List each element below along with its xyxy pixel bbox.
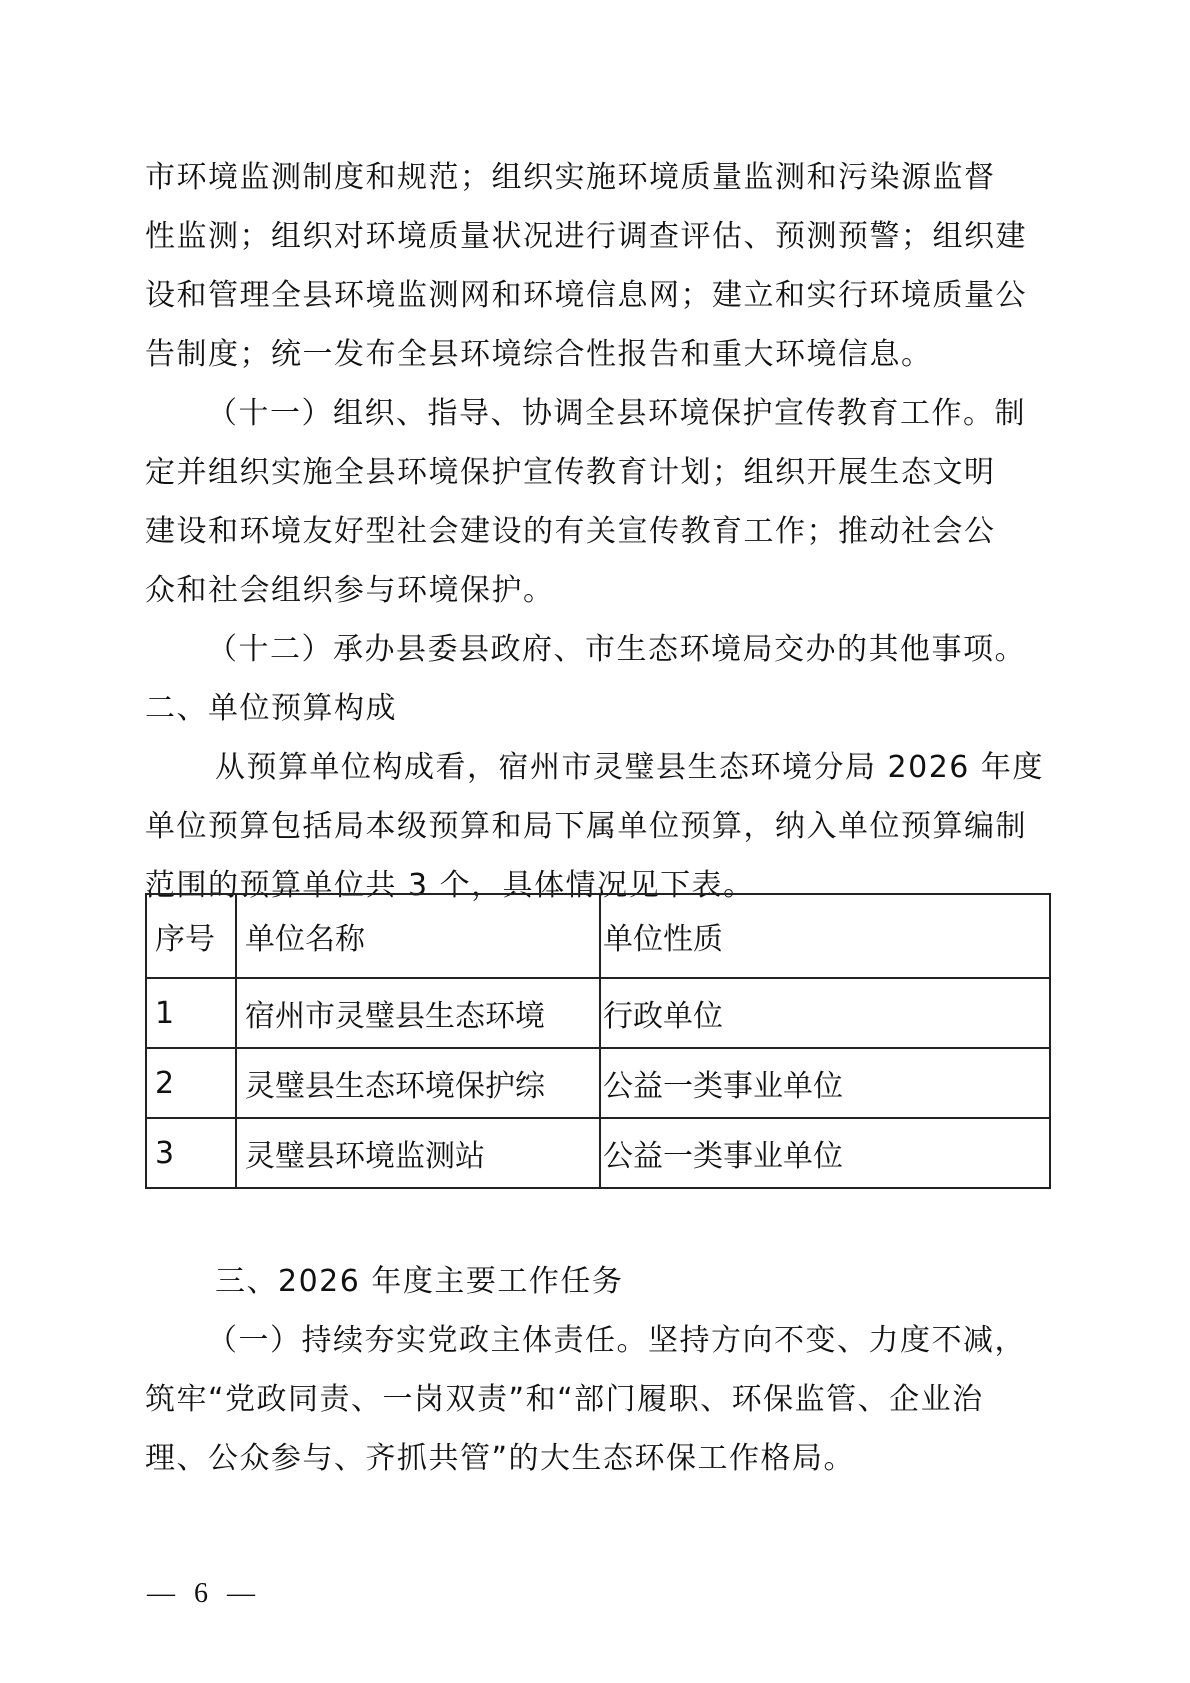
item-11-line: 众和社会组织参与环境保护。 — [145, 561, 1040, 620]
table-row: 1 宿州市灵璧县生态环境 行政单位 — [146, 978, 1050, 1048]
header-cell-unit-type: 单位性质 — [600, 894, 1050, 978]
table-row: 2 灵璧县生态环境保护综 公益一类事业单位 — [146, 1048, 1050, 1118]
paragraph-line: 告制度；统一发布全县环境综合性报告和重大环境信息。 — [145, 325, 1040, 384]
section-3-heading: 三、2026 年度主要工作任务 — [145, 1252, 1040, 1311]
paragraph-line: 市环境监测制度和规范；组织实施环境质量监测和污染源监督 — [145, 148, 1040, 207]
header-cell-index: 序号 — [146, 894, 236, 978]
section-3-item-1-line: 理、公众参与、齐抓共管”的大生态环保工作格局。 — [145, 1429, 1040, 1488]
item-11-line: （十一）组织、指导、协调全县环境保护宣传教育工作。制 — [145, 384, 1040, 443]
cell-index: 1 — [146, 978, 236, 1048]
section-2-paragraph-line: 单位预算包括局本级预算和局下属单位预算，纳入单位预算编制 — [145, 797, 1040, 856]
section-2-paragraph-line: 从预算单位构成看，宿州市灵璧县生态环境分局 2026 年度 — [145, 738, 1040, 797]
item-11-line: 定并组织实施全县环境保护宣传教育计划；组织开展生态文明 — [145, 443, 1040, 502]
cell-unit-name: 灵璧县生态环境保护综 — [236, 1048, 600, 1118]
section-3-item-1-line: 筑牢“党政同责、一岗双责”和“部门履职、环保监管、企业治 — [145, 1370, 1040, 1429]
header-cell-unit-name: 单位名称 — [236, 894, 600, 978]
section-2-heading: 二、单位预算构成 — [145, 679, 1040, 738]
paragraph-line: 性监测；组织对环境质量状况进行调查评估、预测预警；组织建 — [145, 207, 1040, 266]
cell-index: 3 — [146, 1118, 236, 1188]
table-row: 3 灵璧县环境监测站 公益一类事业单位 — [146, 1118, 1050, 1188]
cell-index: 2 — [146, 1048, 236, 1118]
cell-unit-type: 公益一类事业单位 — [600, 1118, 1050, 1188]
section-3: 三、2026 年度主要工作任务 （一）持续夯实党政主体责任。坚持方向不变、力度不… — [145, 1252, 1040, 1488]
item-12-line: （十二）承办县委县政府、市生态环境局交办的其他事项。 — [145, 620, 1040, 679]
cell-unit-type: 行政单位 — [600, 978, 1050, 1048]
section-3-item-1-line: （一）持续夯实党政主体责任。坚持方向不变、力度不减， — [145, 1311, 1040, 1370]
table-header-row: 序号 单位名称 单位性质 — [146, 894, 1050, 978]
budget-units-table: 序号 单位名称 单位性质 1 宿州市灵璧县生态环境 行政单位 2 灵璧县生态环境… — [145, 893, 1051, 1189]
cell-unit-type: 公益一类事业单位 — [600, 1048, 1050, 1118]
item-11-line: 建设和环境友好型社会建设的有关宣传教育工作；推动社会公 — [145, 502, 1040, 561]
document-body: 市环境监测制度和规范；组织实施环境质量监测和污染源监督 性监测；组织对环境质量状… — [145, 148, 1040, 915]
cell-unit-name: 宿州市灵璧县生态环境 — [236, 978, 600, 1048]
page-number: — 6 — — [147, 1578, 261, 1610]
paragraph-line: 设和管理全县环境监测网和环境信息网；建立和实行环境质量公 — [145, 266, 1040, 325]
cell-unit-name: 灵璧县环境监测站 — [236, 1118, 600, 1188]
